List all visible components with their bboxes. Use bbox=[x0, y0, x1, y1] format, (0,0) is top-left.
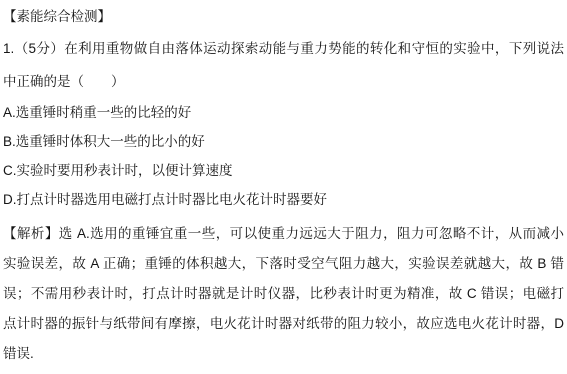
question-text-line-2: 中正确的是（ ） bbox=[3, 65, 564, 98]
option-d: D.打点计时器选用电磁打点计时器比电火花计时器要好 bbox=[3, 185, 564, 214]
analysis-line-1: 【解析】选 A.选用的重锤宜重一些，可以使重力远远大于阻力，阻力可忽略不计，从而… bbox=[3, 219, 564, 249]
analysis-line-3: 误；不需用秒表计时，打点计时器就是计时仪器，比秒表计时更为精准，故 C 错误；电… bbox=[3, 279, 564, 309]
question-text-line-1: 1.（5分）在利用重物做自由落体运动探索动能与重力势能的转化和守恒的实验中，下列… bbox=[3, 32, 564, 65]
option-c: C.实验时要用秒表计时，以便计算速度 bbox=[3, 156, 564, 185]
option-b: B.选重锤时体积大一些的比小的好 bbox=[3, 127, 564, 156]
question-block: 1.（5分）在利用重物做自由落体运动探索动能与重力势能的转化和守恒的实验中，下列… bbox=[3, 32, 564, 98]
analysis-block: 【解析】选 A.选用的重锤宜重一些，可以使重力远远大于阻力，阻力可忽略不计，从而… bbox=[3, 219, 564, 369]
analysis-line-4: 点计时器的振针与纸带间有摩擦，电火花计时器对纸带的阻力较小，故应选电火花计时器，… bbox=[3, 309, 564, 339]
analysis-line-5: 错误. bbox=[3, 339, 564, 369]
worksheet-page: 【素能综合检测】 1.（5分）在利用重物做自由落体运动探索动能与重力势能的转化和… bbox=[0, 0, 567, 374]
options-block: A.选重锤时稍重一些的比轻的好 B.选重锤时体积大一些的比小的好 C.实验时要用… bbox=[3, 98, 564, 214]
analysis-line-2: 实验误差，故 A 正确；重锤的体积越大，下落时受空气阻力越大，实验误差就越大，故… bbox=[3, 249, 564, 279]
section-title: 【素能综合检测】 bbox=[3, 2, 564, 32]
option-a: A.选重锤时稍重一些的比轻的好 bbox=[3, 98, 564, 127]
